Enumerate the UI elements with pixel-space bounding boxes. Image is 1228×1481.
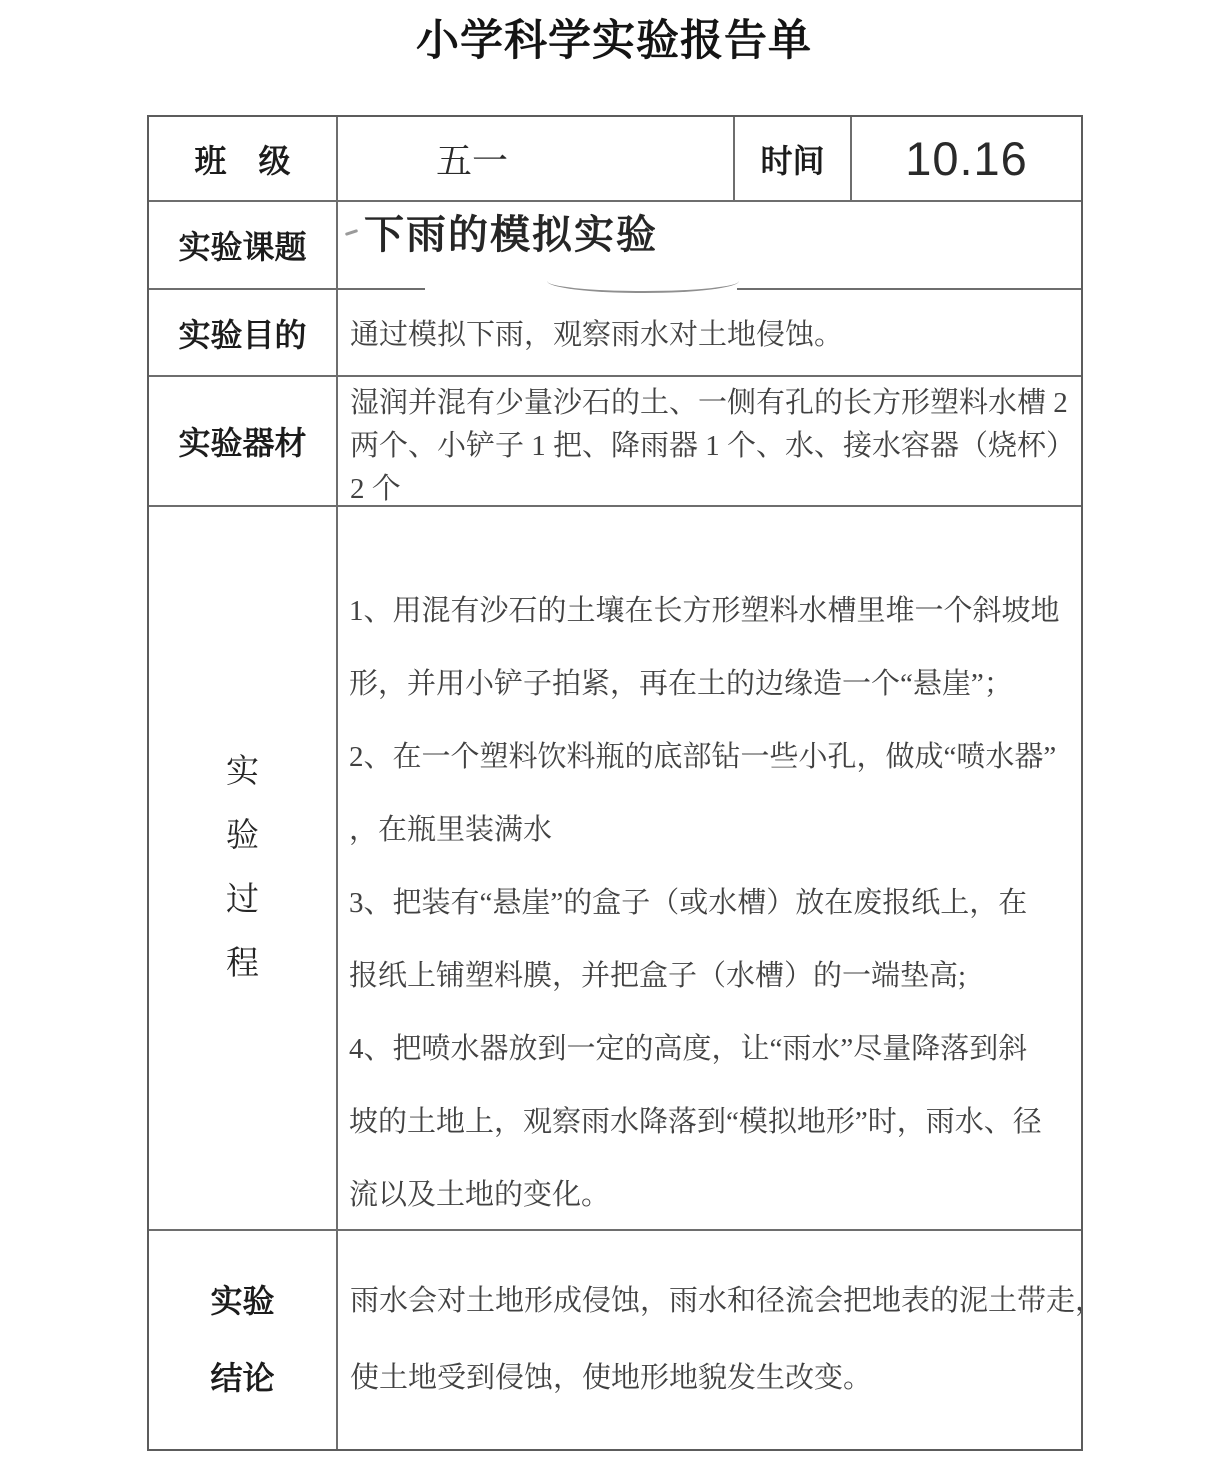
- table-row-topic: 实验课题 下雨的模拟实验: [149, 200, 1081, 288]
- procedure-label-text: 实 验 过 程: [226, 740, 259, 996]
- document-title: 小学科学实验报告单: [0, 16, 1228, 68]
- conclusion-value-cell: 雨水会对土地形成侵蚀，雨水和径流会把地表的泥土带走， 使土地受到侵蚀，使地形地貌…: [336, 1231, 1081, 1449]
- procedure-label: 实 验 过 程: [149, 507, 336, 1229]
- class-value: 五一: [338, 133, 508, 184]
- materials-value: 湿润并混有少量沙石的土、一侧有孔的长方形塑料水槽 2 两个、小铲子 1 把、降雨…: [338, 377, 1081, 511]
- materials-label: 实验器材: [149, 377, 336, 505]
- table-row-procedure: 实 验 过 程 1、用混有沙石的土壤在长方形塑料水槽里堆一个斜坡地 形，并用小铲…: [149, 505, 1081, 1229]
- conclusion-label: 实验 结论: [149, 1231, 336, 1449]
- topic-value-cell: 下雨的模拟实验: [336, 202, 1081, 288]
- table-row-materials: 实验器材 湿润并混有少量沙石的土、一侧有孔的长方形塑料水槽 2 两个、小铲子 1…: [149, 375, 1081, 505]
- purpose-label: 实验目的: [149, 290, 336, 375]
- topic-label: 实验课题: [149, 202, 336, 288]
- table-row-conclusion: 实验 结论 雨水会对土地形成侵蚀，雨水和径流会把地表的泥土带走， 使土地受到侵蚀…: [149, 1229, 1081, 1449]
- experiment-report-table: 班 级 五一 时间 10.16 实验课题 下雨的模拟实验 实验目的 通过模拟下雨…: [147, 115, 1083, 1451]
- class-value-cell: 五一: [336, 117, 733, 200]
- materials-value-cell: 湿润并混有少量沙石的土、一侧有孔的长方形塑料水槽 2 两个、小铲子 1 把、降雨…: [336, 377, 1081, 505]
- time-value-cell: 10.16: [850, 117, 1081, 200]
- table-row-purpose: 实验目的 通过模拟下雨，观察雨水对土地侵蚀。: [149, 288, 1081, 375]
- class-label: 班 级: [149, 117, 336, 200]
- table-row-class: 班 级 五一 时间 10.16: [149, 117, 1081, 200]
- purpose-value-cell: 通过模拟下雨，观察雨水对土地侵蚀。: [336, 290, 1081, 375]
- purpose-value: 通过模拟下雨，观察雨水对土地侵蚀。: [350, 312, 843, 353]
- time-label: 时间: [733, 117, 850, 200]
- conclusion-value: 雨水会对土地形成侵蚀，雨水和径流会把地表的泥土带走， 使土地受到侵蚀，使地形地貌…: [350, 1263, 1081, 1417]
- report-document-page: 小学科学实验报告单 班 级 五一 时间 10.16 实验课题 下雨的模拟实验 实…: [0, 0, 1228, 1481]
- procedure-value: 1、用混有沙石的土壤在长方形塑料水槽里堆一个斜坡地 形，并用小铲子拍紧，再在土的…: [338, 507, 1081, 1232]
- topic-value: 下雨的模拟实验: [338, 202, 1081, 260]
- procedure-value-cell: 1、用混有沙石的土壤在长方形塑料水槽里堆一个斜坡地 形，并用小铲子拍紧，再在土的…: [336, 507, 1081, 1229]
- time-value: 10.16: [905, 131, 1028, 186]
- conclusion-label-text: 实验 结论: [210, 1263, 274, 1417]
